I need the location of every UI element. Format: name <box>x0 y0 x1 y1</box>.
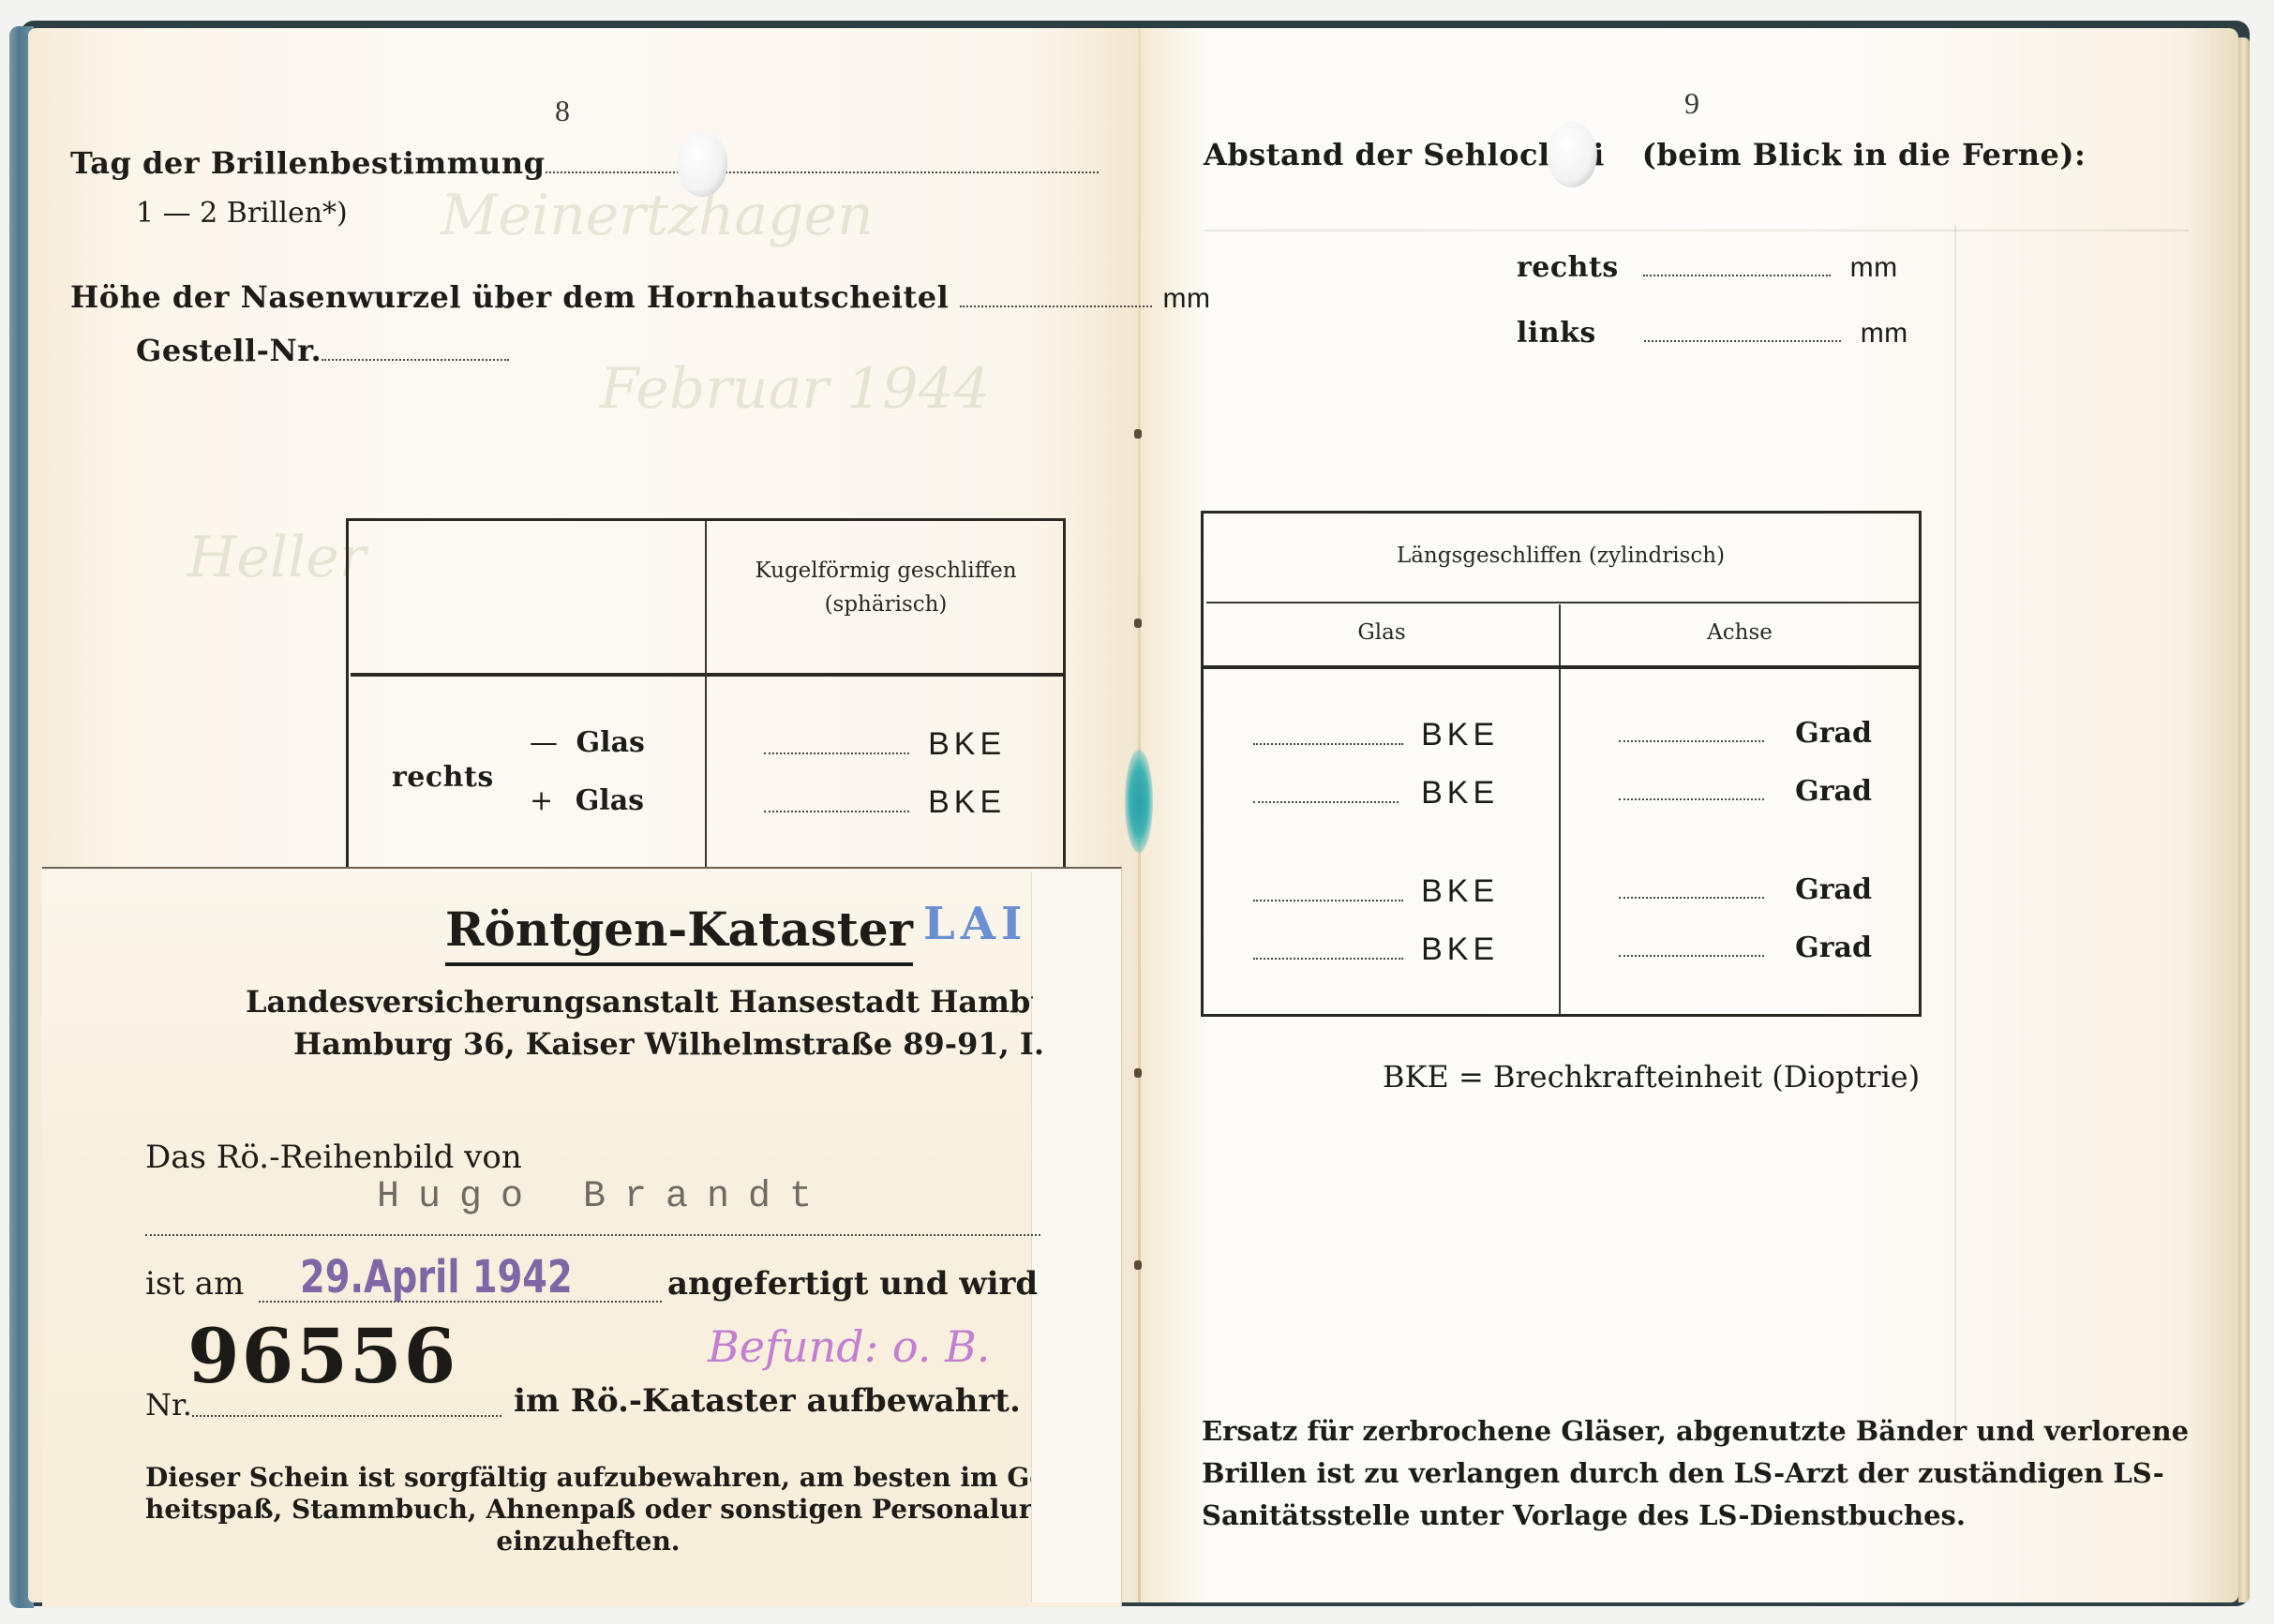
name-line <box>145 1234 1040 1236</box>
card-title: Röntgen-Kataster <box>445 901 913 966</box>
bke-unit: BKE <box>928 726 1006 762</box>
cyl-glass-input[interactable] <box>1253 801 1399 803</box>
replacement-note: Ersatz für zerbrochene Gläser, abgenutzt… <box>1202 1410 2195 1537</box>
cyl-axis-input[interactable] <box>1619 740 1764 742</box>
card-footer-line2: heitspaß, Stammbuch, Ahnenpaß oder sonst… <box>145 1494 1031 1526</box>
pupil-distance-heading: Abstand der Sehlochmi(beim Blick in die … <box>1204 137 2086 172</box>
bleed-through-line <box>1954 225 1956 1443</box>
day-of-glasses-input[interactable] <box>546 171 1099 173</box>
bke-unit: BKE <box>1421 931 1499 967</box>
bleed-through-handwriting: Februar 1944 <box>600 356 990 422</box>
patient-name[interactable]: Hugo Brandt <box>377 1176 830 1218</box>
glass-column-header: Glas <box>1204 620 1559 645</box>
minus-sign: — <box>530 726 558 759</box>
cyl-glass-row-4[interactable]: BKE <box>1253 931 1499 968</box>
day-of-glasses-field[interactable]: Tag der Brillenbestimmung <box>70 145 1099 181</box>
page-block-edge <box>2238 37 2250 1602</box>
degree-unit: Grad <box>1795 775 1872 808</box>
bke-unit: BKE <box>1421 775 1499 811</box>
card-footer-line1: Dieser Schein ist sorgfältig aufzubewahr… <box>145 1462 1031 1494</box>
glass-label: Glas <box>576 726 645 759</box>
glasses-count-label: 1 — 2 Brillen*) <box>136 197 348 230</box>
card-overlap-strip <box>1031 872 1121 1602</box>
day-of-glasses-label: Tag der Brillenbestimmung <box>70 145 546 181</box>
bke-legend: BKE = Brechkrafteinheit (Dioptrie) <box>1383 1059 1920 1095</box>
nose-root-input[interactable] <box>960 305 1152 307</box>
table-divider <box>1206 602 1919 603</box>
binding-stitch <box>1134 1068 1142 1078</box>
degree-unit: Grad <box>1795 873 1872 906</box>
cyl-axis-row-2[interactable]: Grad <box>1619 775 1872 808</box>
bleed-through-handwriting: Heller <box>187 525 366 590</box>
left-eye-distance-field[interactable]: links mm <box>1517 317 1908 350</box>
cyl-axis-row-1[interactable]: Grad <box>1619 717 1872 750</box>
table-column-divider <box>705 521 707 886</box>
frame-number-field[interactable]: Gestell-Nr. <box>136 333 509 368</box>
minus-glass-input[interactable] <box>764 752 909 754</box>
plus-glass-value[interactable]: BKE <box>764 784 1006 821</box>
cyl-glass-row-1[interactable]: BKE <box>1253 717 1499 753</box>
cyl-axis-input[interactable] <box>1619 897 1764 899</box>
axis-column-header: Achse <box>1561 620 1919 645</box>
cyl-axis-row-3[interactable]: Grad <box>1619 873 1872 906</box>
binding-stitch <box>1134 618 1142 628</box>
left-eye-label: links <box>1517 317 1596 350</box>
spherical-header: Kugelförmig geschliffen (sphärisch) <box>708 559 1064 617</box>
right-eye-label: rechts <box>1517 251 1619 284</box>
punch-hole <box>677 131 727 197</box>
card-footer-line3: einzuheften. <box>145 1526 1031 1557</box>
right-eye-label: rechts <box>392 761 494 794</box>
number-line <box>192 1415 501 1417</box>
mm-unit: mm <box>1850 252 1898 283</box>
nose-root-label: Höhe der Nasenwurzel über dem Hornhautsc… <box>70 279 949 315</box>
cyl-axis-input[interactable] <box>1619 798 1764 800</box>
cyl-glass-input[interactable] <box>1253 958 1403 960</box>
register-number[interactable]: 96556 <box>187 1312 457 1400</box>
cyl-axis-input[interactable] <box>1619 955 1764 957</box>
replacement-note-line2: Brillen ist zu verlangen durch den LS-Ar… <box>1202 1453 2195 1495</box>
nose-root-field[interactable]: Höhe der Nasenwurzel über dem Hornhautsc… <box>70 279 1211 315</box>
card-footer-note: Dieser Schein ist sorgfältig aufzubewahr… <box>145 1462 1031 1557</box>
page-number: 9 <box>1684 86 1699 121</box>
number-prefix: Nr. <box>145 1387 192 1423</box>
degree-unit: Grad <box>1795 717 1872 750</box>
pupil-distance-label: Abstand der Sehlochmi <box>1204 137 1605 172</box>
punch-hole <box>1547 122 1597 187</box>
plus-glass-input[interactable] <box>764 811 909 812</box>
cyl-glass-input[interactable] <box>1253 900 1403 901</box>
spherical-header-line2: (sphärisch) <box>708 592 1064 617</box>
table-divider <box>351 673 1063 677</box>
created-suffix: angefertigt und wird <box>667 1265 1038 1303</box>
spherical-header-line1: Kugelförmig geschliffen <box>708 559 1064 583</box>
cyl-glass-input[interactable] <box>1253 743 1403 745</box>
frame-number-input[interactable] <box>322 359 509 361</box>
cyl-glass-row-2[interactable]: BKE <box>1253 775 1499 812</box>
institution-address: Hamburg 36, Kaiser Wilhelmstraße 89-91, … <box>293 1026 1044 1062</box>
pupil-distance-suffix: (beim Blick in die Ferne): <box>1642 137 2087 172</box>
mm-unit: mm <box>1861 318 1908 349</box>
plus-sign: + <box>530 784 553 817</box>
replacement-note-line3: Sanitätsstelle unter Vorlage des LS-Dien… <box>1202 1495 2195 1537</box>
partial-stamp: LAI <box>923 898 1027 950</box>
glass-label: Glas <box>576 784 644 817</box>
minus-glass-row: — Glas <box>530 726 645 759</box>
left-eye-distance-input[interactable] <box>1644 340 1841 342</box>
binding-stitch <box>1134 1260 1142 1270</box>
institution-name: Landesversicherungsanstalt Hansestadt Ha… <box>246 984 1033 1020</box>
finding-stamp: Befund: o. B. <box>708 1321 990 1372</box>
replacement-note-line1: Ersatz für zerbrochene Gläser, abgenutzt… <box>1202 1410 2195 1453</box>
cyl-axis-row-4[interactable]: Grad <box>1619 931 1872 964</box>
ink-blot <box>1125 750 1153 853</box>
plus-glass-row: + Glas <box>530 784 644 817</box>
right-eye-distance-input[interactable] <box>1643 275 1831 276</box>
minus-glass-value[interactable]: BKE <box>764 726 1006 763</box>
bke-unit: BKE <box>928 784 1006 820</box>
page-number: 8 <box>555 94 570 128</box>
binding-stitch <box>1134 429 1142 439</box>
date-stamp[interactable]: 29.April 1942 <box>300 1251 573 1304</box>
bke-unit: BKE <box>1421 873 1499 909</box>
degree-unit: Grad <box>1795 931 1872 964</box>
frame-number-label: Gestell-Nr. <box>136 333 322 368</box>
archived-suffix: im Rö.-Kataster aufbewahrt. <box>514 1382 1021 1420</box>
bleed-through-handwriting: Meinertzhagen <box>441 183 874 248</box>
table-divider <box>1204 665 1920 669</box>
bke-unit: BKE <box>1421 717 1499 752</box>
cyl-glass-row-3[interactable]: BKE <box>1253 873 1499 910</box>
cylindrical-table-title: Längsgeschliffen (zylindrisch) <box>1204 544 1917 568</box>
nose-root-unit: mm <box>1163 283 1211 314</box>
created-on-prefix: ist am <box>145 1265 244 1303</box>
bleed-through-line <box>1204 230 2189 231</box>
right-eye-distance-field[interactable]: rechts mm <box>1517 251 1898 284</box>
series-image-label: Das Rö.-Reihenbild von <box>145 1139 522 1176</box>
